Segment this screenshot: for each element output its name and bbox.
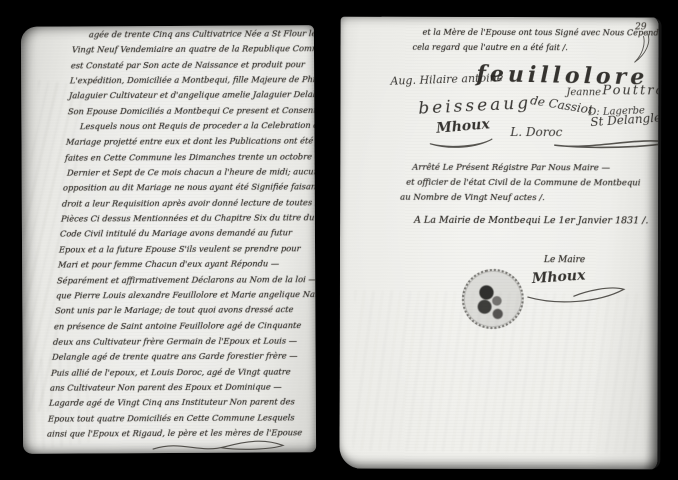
manuscript-line: Vingt Neuf Vendemiaire an quatre de la R… [71,42,316,59]
closing-line: cela regard que l'autre en a été fait /. [413,42,568,52]
manuscript-line: Code Civil intitulé du Mariage avons dem… [59,226,316,243]
arrete-line: au Nombre de Vingt Neuf actes /. [400,193,545,203]
right-page: 29 et la Mère de l'Epouse ont tous Signé… [339,17,661,470]
register-scan: agée de trente Cinq ans Cultivatrice Née… [0,0,678,480]
manuscript-line: Dernier et Sept de Ce mois chacun a l'he… [63,164,316,181]
signature-beisseaug: beisseaug [418,93,532,119]
act-body-text: agée de trente Cinq ans Cultivatrice Née… [47,26,317,442]
manuscript-line: faites en Cette Commune les Dimanches tr… [64,149,316,166]
arrete-line: Arrêté Le Présent Régistre Par Nous Mair… [412,163,610,174]
manuscript-line: Son Epouse Domiciliés a Montbequi Ce pre… [67,103,316,120]
signature-pouttro: Pouttro [602,83,661,98]
page-corner-flourish [631,32,653,66]
manuscript-line: que Pierre Louis alexandre Feuillolore e… [56,287,313,304]
manuscript-line: Epoux tout quatre Domiciliés en Cette Co… [48,410,305,427]
left-page: agée de trente Cinq ans Cultivatrice Née… [21,25,316,454]
le-maire-label: Le Maire [544,255,585,265]
manuscript-line: Pièces Ci dessus Mentionnées et du Chapi… [60,210,316,227]
mhoux-underline-flourish [428,135,498,151]
manuscript-line: Delangle agé de trente quatre ans Garde … [52,348,309,365]
manuscript-line: Lesquels nous ont Requis de proceder a l… [66,118,316,135]
manuscript-line: Lagarde agé de Vingt Cinq ans Instituteu… [49,395,306,412]
closing-line: et la Mère de l'Epouse ont tous Signé av… [423,27,662,38]
signature-mhoux-witness: Mhoux [436,116,491,136]
delangle-swoosh-flourish [552,135,661,151]
manuscript-line: est Constaté par Son acte de Naissance e… [70,57,316,74]
signature-jeanne: Jeanne [566,87,601,98]
manuscript-line: Sont unis par le Mariage; de tout quoi a… [55,302,312,319]
manuscript-line: Mari et pour femme Chacun d'eux ayant Ré… [57,256,314,273]
manuscript-line: L'expédition, Domiciliée a Montbequi, fi… [69,72,316,89]
manuscript-line: Mariage projetté entre eux et dont les P… [65,134,316,151]
mairie-ink-stamp [456,262,531,335]
arrete-line: et officier de l'état Civil de la Commun… [406,178,640,189]
manuscript-line: Séparément et affirmativement Déclarons … [56,272,313,289]
manuscript-line: droit a leur Requisition après avoir don… [61,195,316,212]
manuscript-line: opposition au dit Mariage ne nous ayant … [62,180,316,197]
manuscript-line: en présence de Saint antoine Feuillolore… [54,318,311,335]
manuscript-line: deux ans Cultivateur frère Germain de l'… [53,333,310,350]
date-place-line: A La Mairie de Montbequi Le 1er Janvier … [414,215,648,227]
manuscript-line: Puis allié de l'epoux, et Louis Doroc, a… [51,364,308,381]
manuscript-line: Jalaguier Cultivateur et d'angelique ame… [68,88,316,105]
manuscript-line: ans Cultivateur Non parent des Epoux et … [50,379,307,396]
manuscript-line: agée de trente Cinq ans Cultivatrice Née… [72,26,316,43]
end-of-act-flourish [151,437,301,453]
manuscript-line: Epoux et a la future Epouse S'ils veulen… [58,241,315,258]
mayor-signature-flourish [526,283,636,307]
